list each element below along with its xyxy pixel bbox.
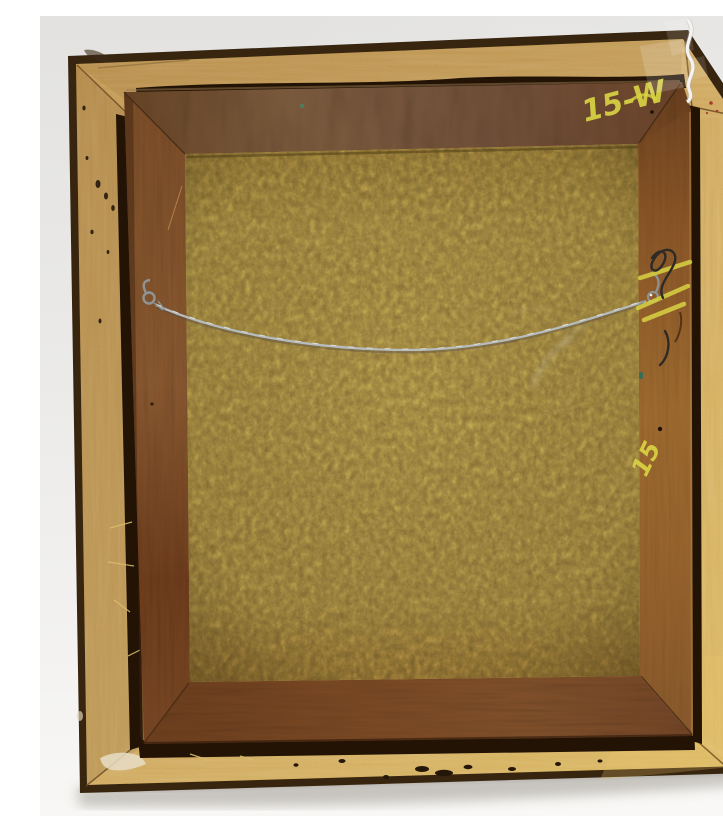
canvas-vignette [185,144,640,682]
teal-paint-speck [639,372,643,379]
photo-frame-back: 15-W 15 [40,16,723,816]
eye-glint [650,294,653,297]
green-paint-speck [300,104,304,108]
canvas-back [180,136,650,686]
